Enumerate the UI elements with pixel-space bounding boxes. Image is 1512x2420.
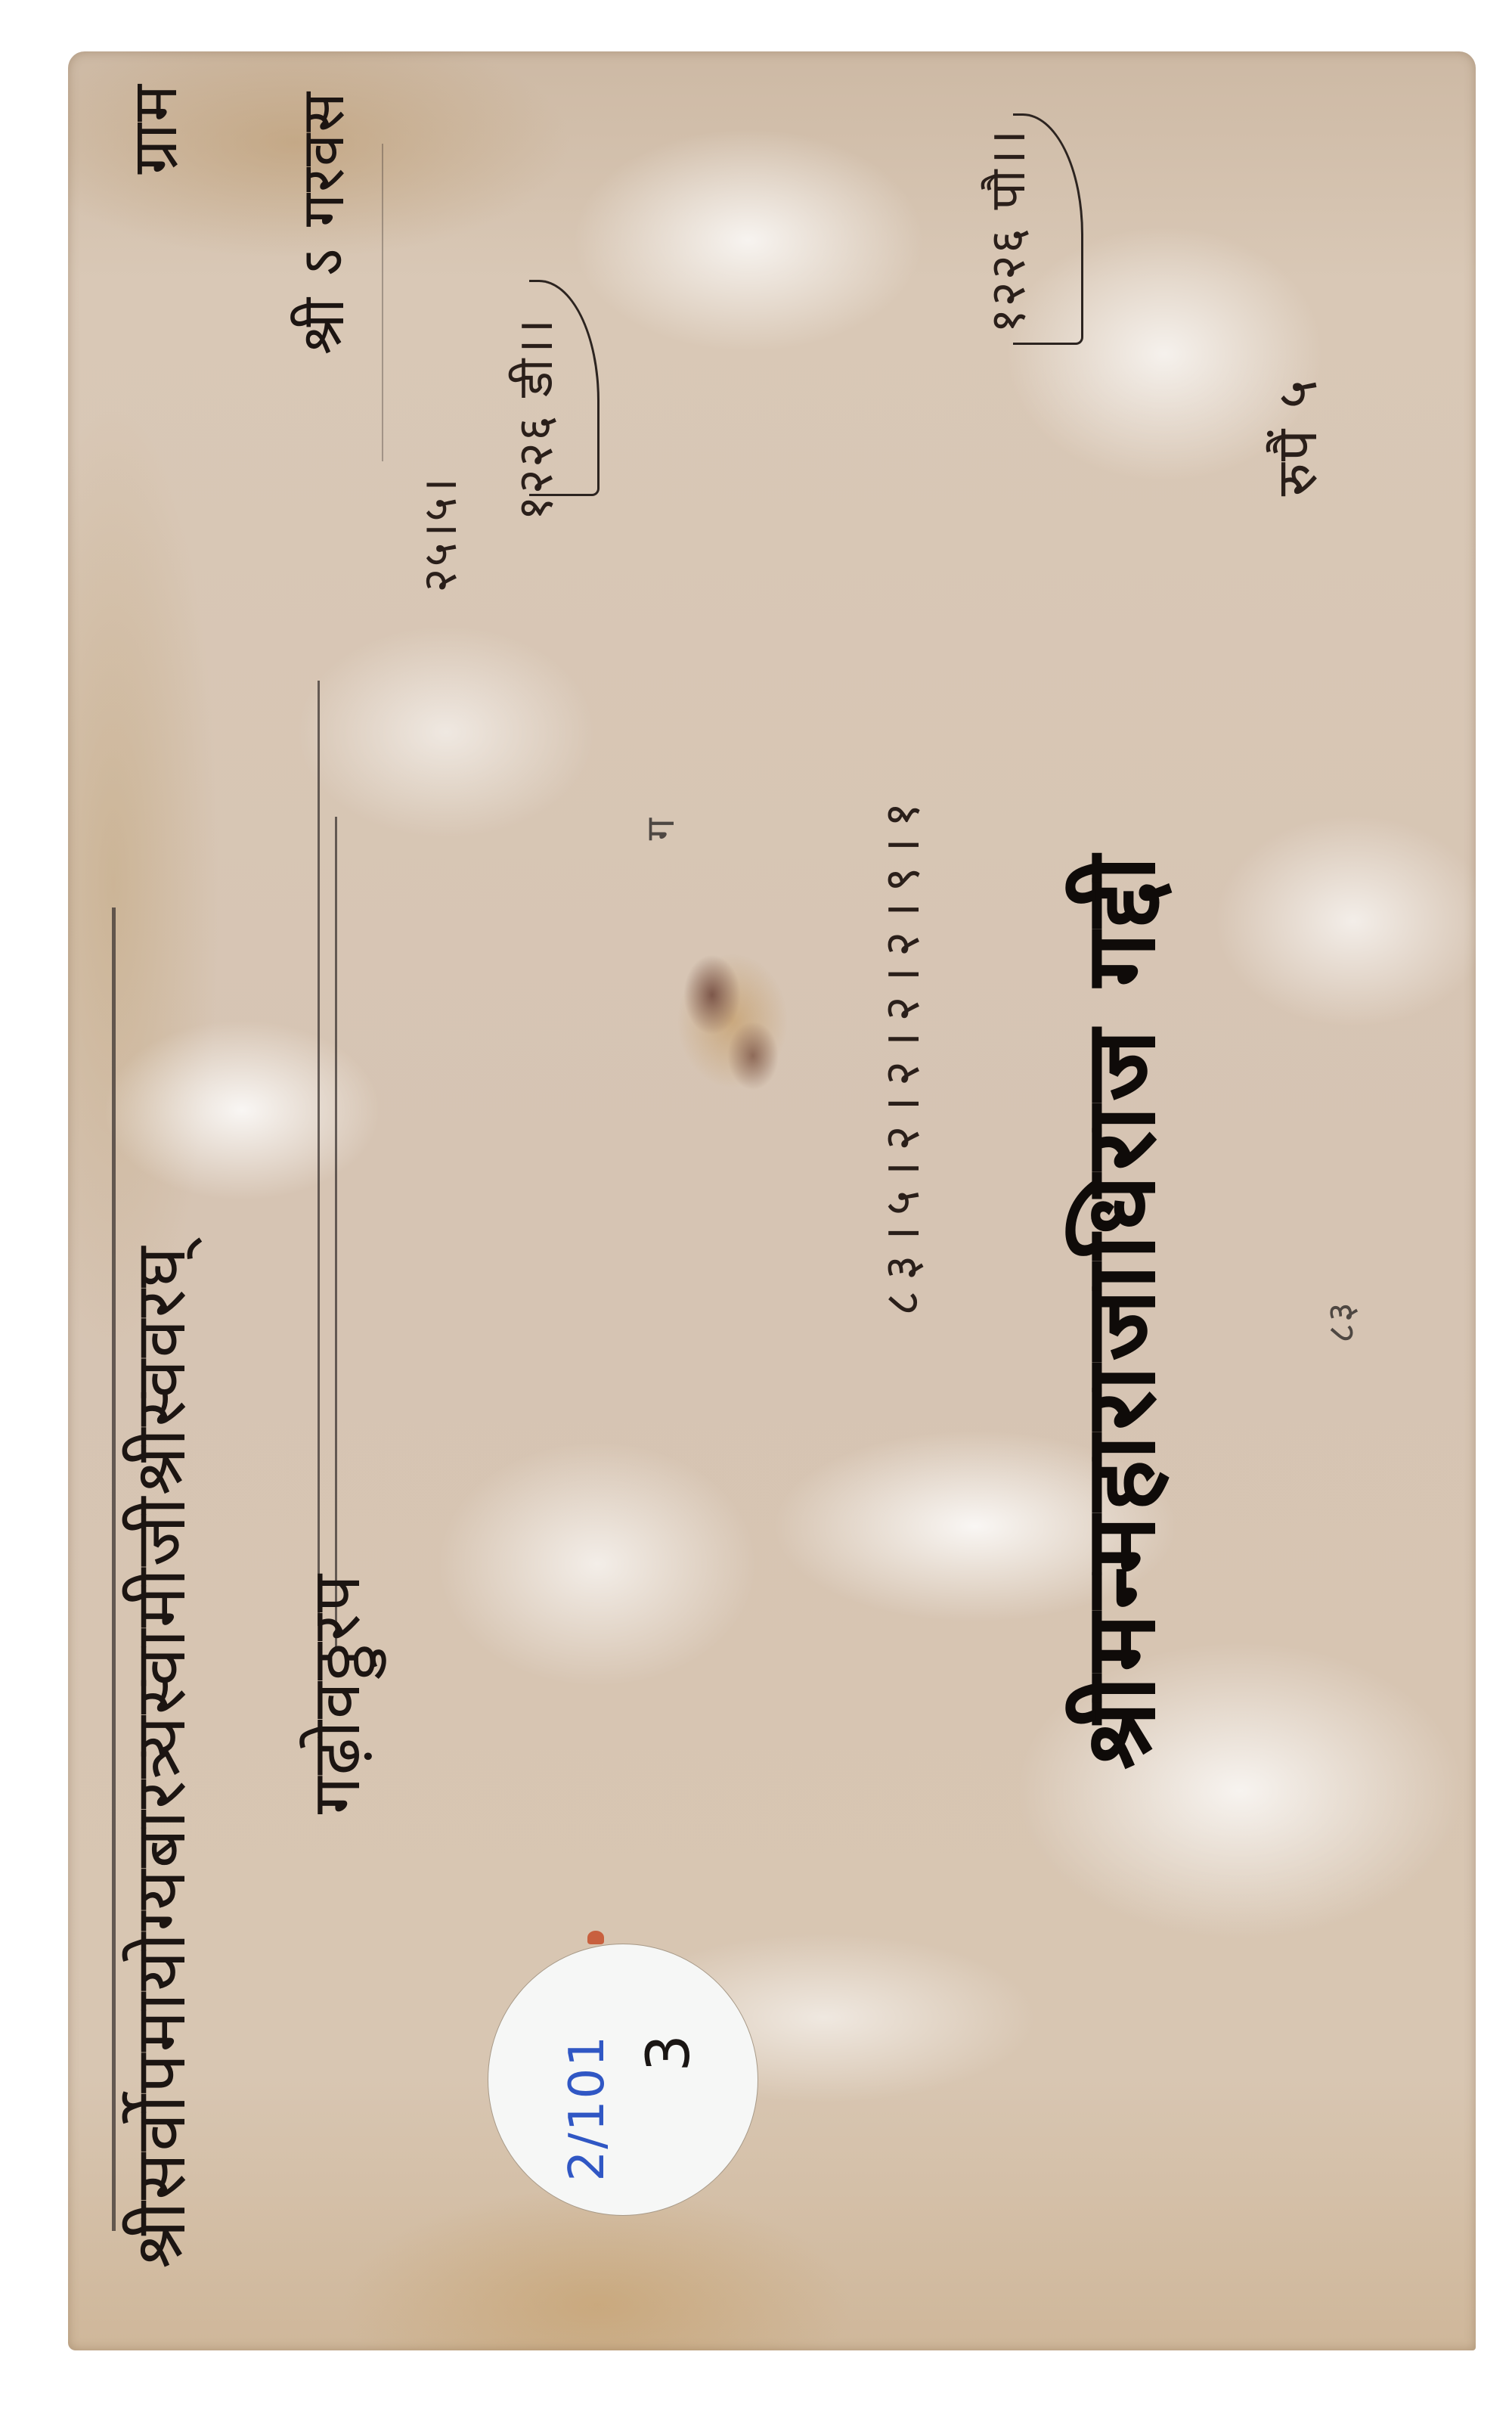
red-wax-dot <box>587 1931 604 1944</box>
ruled-line-inner-1 <box>318 681 320 1626</box>
text-column-1: श्रीसर्वोपमायोग्यबारत्र्यस्वामीजीश्रीस्व… <box>113 870 208 2269</box>
text-column-2-top: श्री ऽ गरवस <box>283 91 364 355</box>
sticker-catalog-number: 2/101 <box>559 2034 615 2181</box>
ruled-line-inner-2 <box>335 817 337 1649</box>
ruled-line-top <box>382 144 383 461</box>
main-title-column: श्रीमन्महाराजाधिराज गद्दी <box>1055 393 1187 1770</box>
text-column-1-top: ग्राम <box>113 83 198 175</box>
annotation-column-5: ८३।५।२।२।२।२।९।१ <box>869 166 935 1316</box>
text-column-2: गढ़ोवठ्ठुरप <box>291 1573 382 1814</box>
pencil-mark-1: ग <box>634 817 687 840</box>
catalog-sticker <box>488 1944 758 2216</box>
annotation-column-3: २५।५। <box>408 476 472 593</box>
sticker-sub-number: 3 <box>635 2034 703 2072</box>
pencil-mark-2: ८३ <box>1315 1301 1367 1343</box>
corner-note: रुपैं ५ <box>1259 378 1335 496</box>
